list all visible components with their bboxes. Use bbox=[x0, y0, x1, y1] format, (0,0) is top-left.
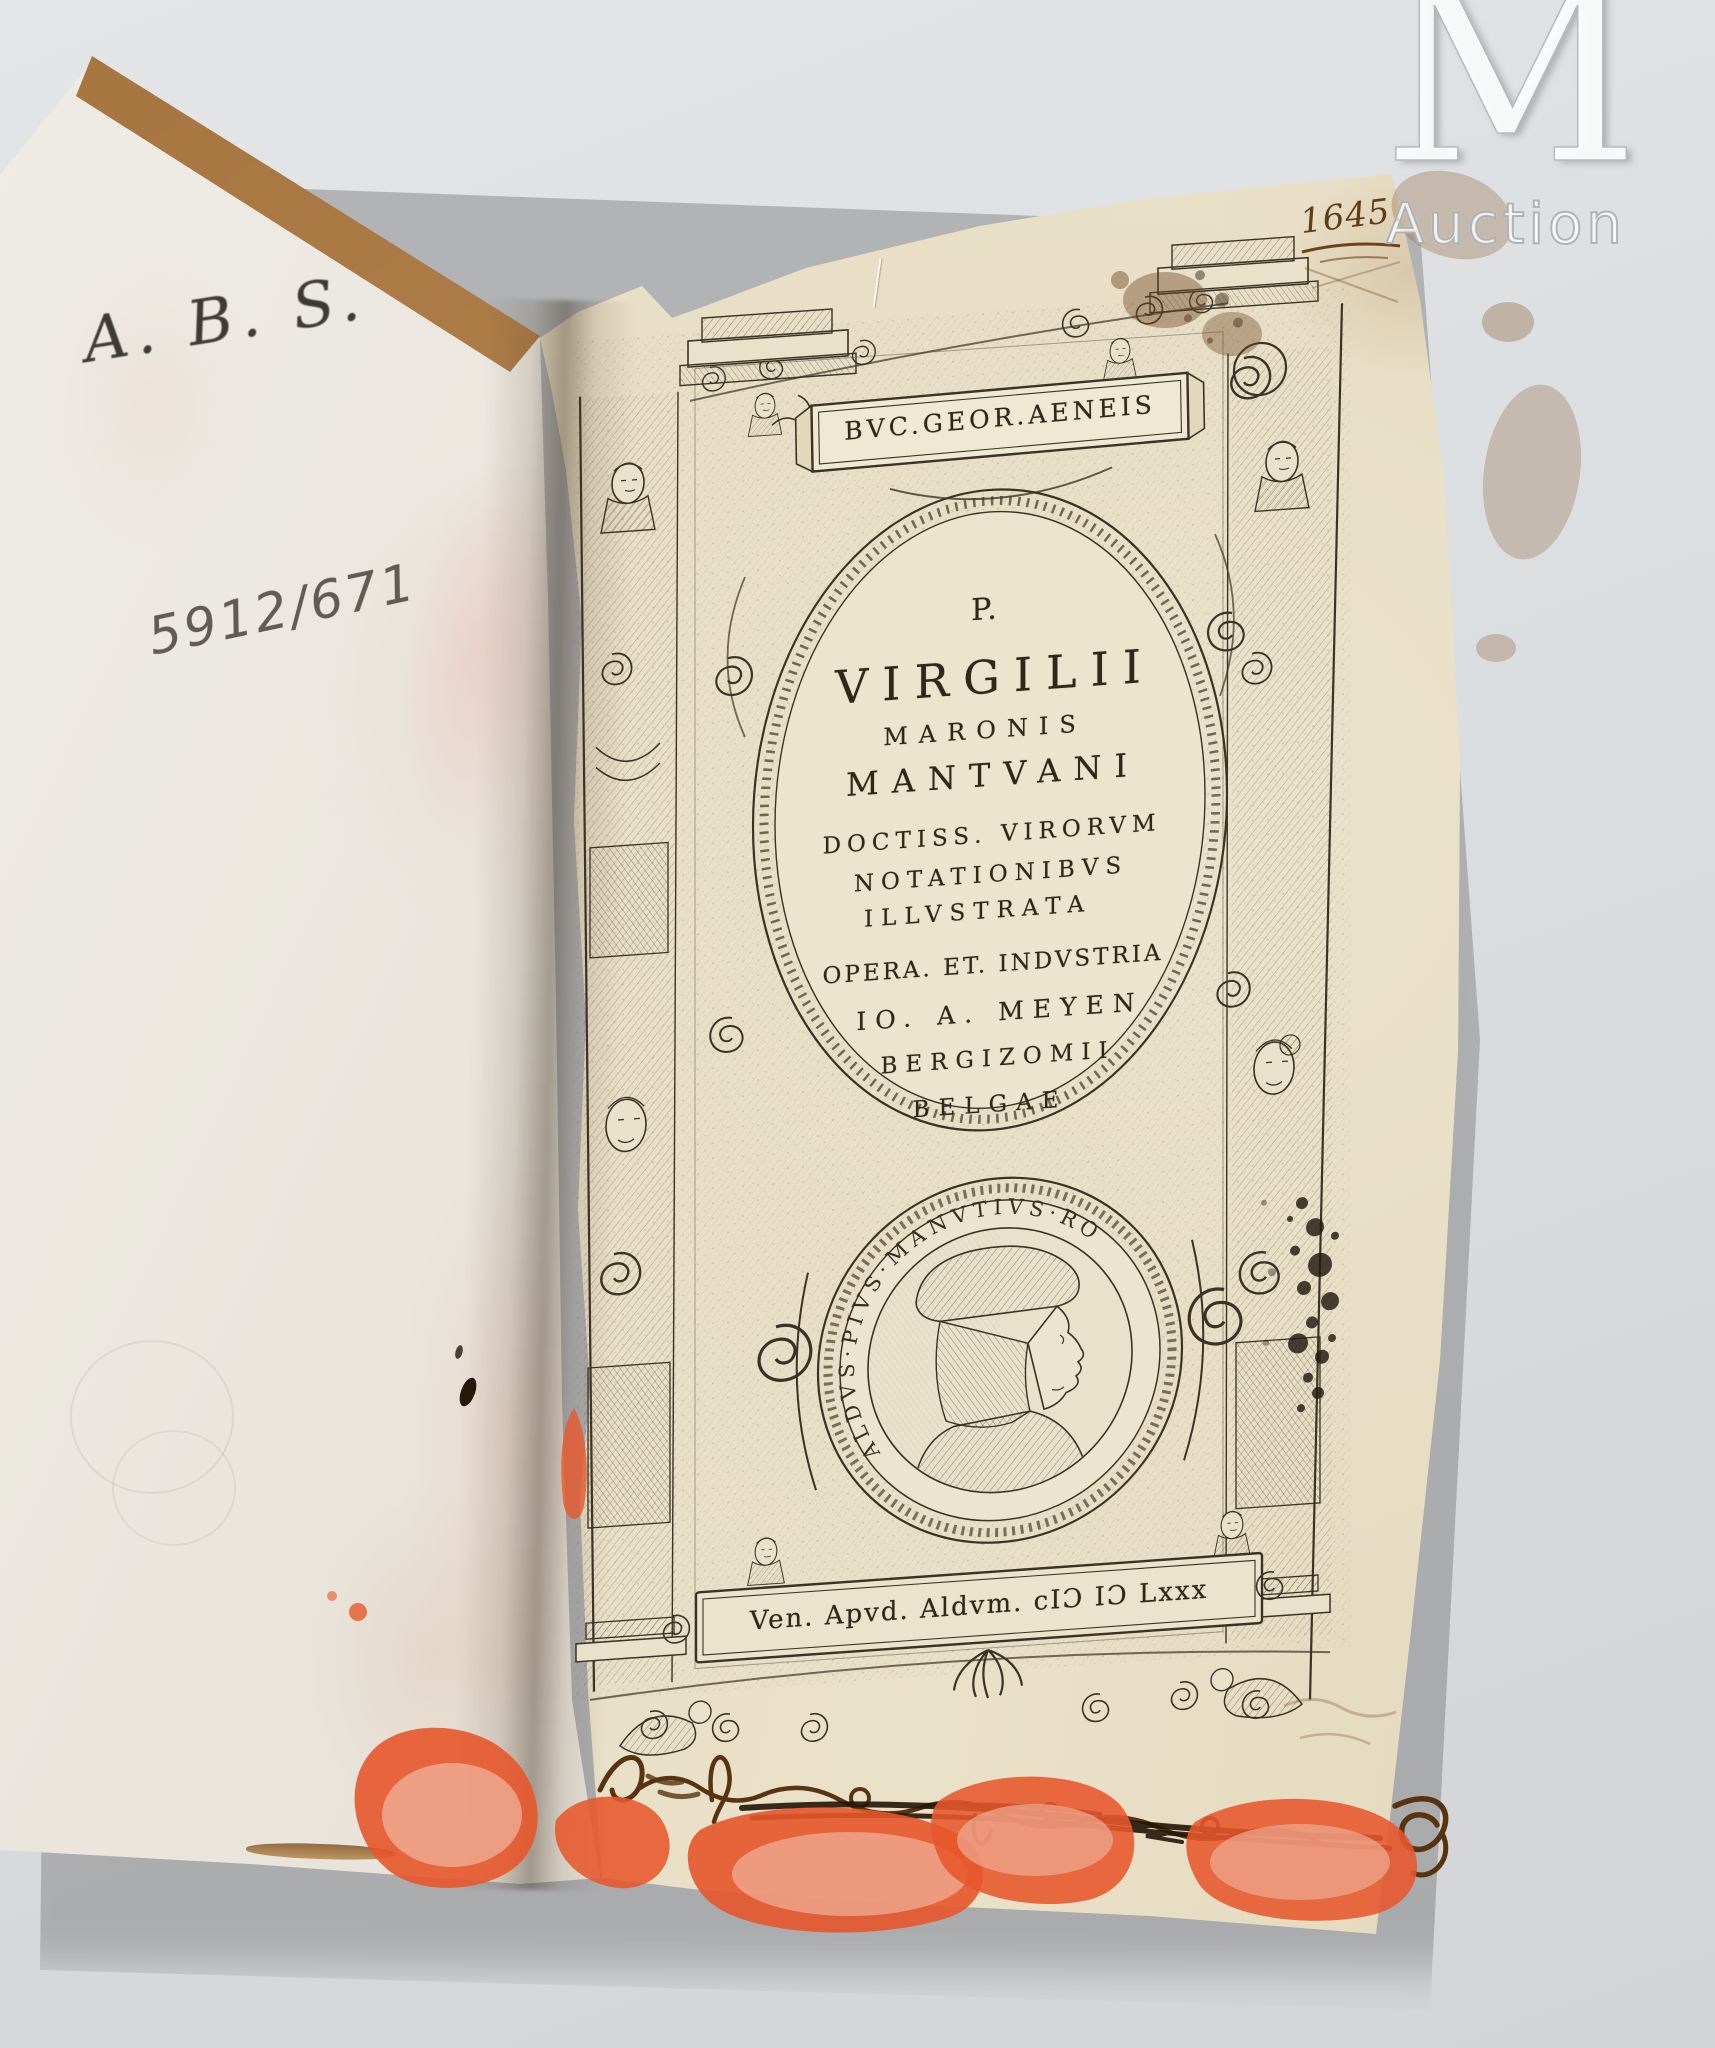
auction-watermark-word: Auction bbox=[1386, 192, 1626, 257]
auction-watermark-m: M bbox=[1382, 0, 1640, 200]
ghost-ink-marks bbox=[1284, 1699, 1396, 1744]
auction-photo: A. B. S. 5912/671 bbox=[0, 0, 1715, 2048]
stains-and-ink-overlay bbox=[0, 0, 1715, 2048]
red-stains bbox=[327, 1408, 1417, 1933]
wormholes bbox=[454, 1344, 480, 1408]
